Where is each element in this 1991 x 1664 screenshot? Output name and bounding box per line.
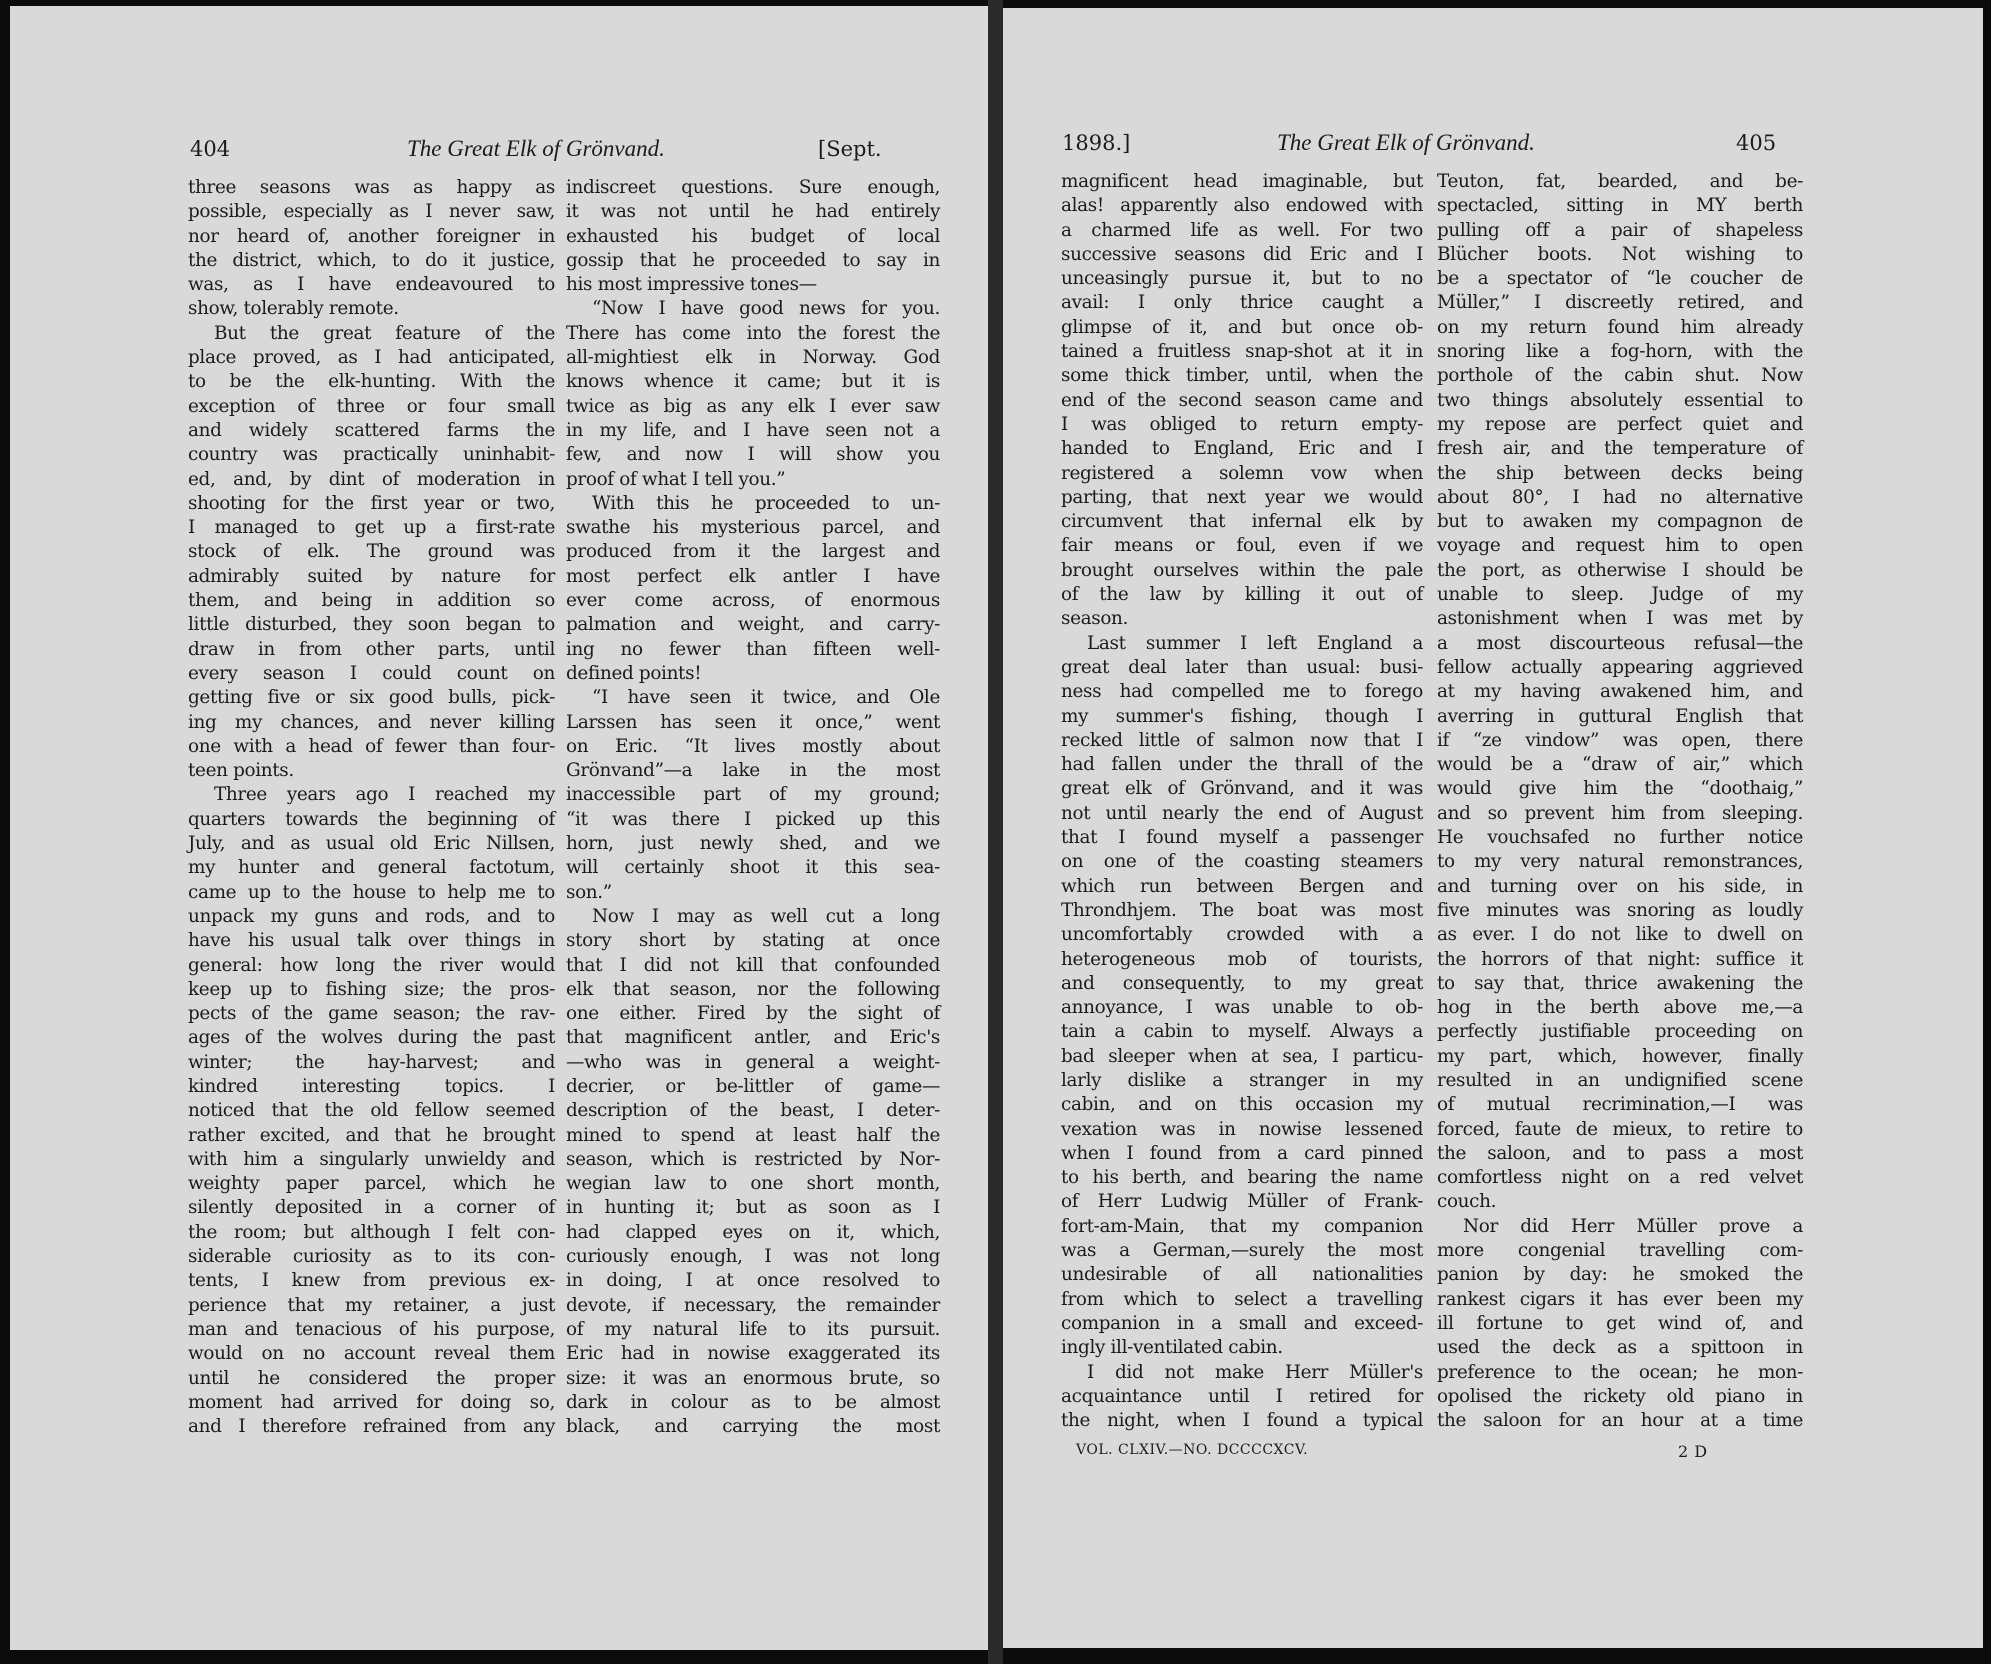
text-line: two things absolutely essential to [1437,389,1803,413]
text-line: my part, which, however, finally [1437,1045,1803,1069]
text-line: heterogeneous mob of tourists, [1061,948,1423,972]
text-line: indiscreet questions. Sure enough, [566,176,940,200]
text-line: all-mightiest elk in Norway. God [566,346,940,370]
text-line: on Eric. “It lives mostly about [566,735,940,759]
text-line: forced, faute de mieux, to retire to [1437,1118,1803,1142]
text-line: in hunting it; but as soon as I [566,1196,940,1220]
text-line: Now I may as well cut a long [566,905,940,929]
text-line: I was obliged to return empty- [1061,413,1423,437]
text-line: knows whence it came; but it is [566,370,940,394]
right-column-1: magnificent head imaginable, butalas! ap… [1061,170,1423,1433]
text-line: great elk of Grönvand, and it was [1061,777,1423,801]
text-line: voyage and request him to open [1437,534,1803,558]
signature-mark: 2 D [1678,1442,1708,1461]
text-line: ever come across, of enormous [566,589,940,613]
text-line: was, as I have endeavoured to [188,273,555,297]
text-line: exception of three or four small [188,395,555,419]
text-line: astonishment when I was met by [1437,607,1803,631]
text-line: fellow actually appearing aggrieved [1437,656,1803,680]
text-line: end of the second season came and [1061,389,1423,413]
text-line: shooting for the first year or two, [188,492,555,516]
text-line: had fallen under the thrall of the [1061,753,1423,777]
text-line: July, and as usual old Eric Nillsen, [188,832,555,856]
text-line: that magnificent antler, and Eric's [566,1026,940,1050]
date-mark-left: [Sept. [818,132,882,166]
text-line: to my very natural remonstrances, [1437,850,1803,874]
text-line: fort-am-Main, that my companion [1061,1215,1423,1239]
text-line: my summer's fishing, though I [1061,705,1423,729]
text-line: little disturbed, they soon began to [188,613,555,637]
text-line: perience that my retainer, a just [188,1294,555,1318]
text-line: opolised the rickety old piano in [1437,1385,1803,1409]
text-line: draw in from other parts, until [188,638,555,662]
text-line: the room; but although I felt con- [188,1221,555,1245]
text-line: panion by day: he smoked the [1437,1263,1803,1287]
text-line: from which to select a travelling [1061,1288,1423,1312]
text-line: winter; the hay-harvest; and [188,1051,555,1075]
text-line: alas! apparently also endowed with [1061,194,1423,218]
text-line: my hunter and general factotum, [188,856,555,880]
text-line: Müller,” I discreetly retired, and [1437,291,1803,315]
text-line: snoring like a fog-horn, with the [1437,340,1803,364]
text-line: fair means or foul, even if we [1061,534,1423,558]
text-line: the saloon for an hour at a time [1437,1409,1803,1433]
page-number-left: 404 [190,132,230,166]
text-line: comfortless night on a red velvet [1437,1166,1803,1190]
text-line: Blücher boots. Not wishing to [1437,243,1803,267]
text-line: will certainly shoot it this sea- [566,856,940,880]
text-line: black, and carrying the most [566,1415,940,1439]
text-line: “I have seen it twice, and Ole [566,686,940,710]
text-line: Eric had in nowise exaggerated its [566,1342,940,1366]
text-line: country was practically uninhabit- [188,443,555,467]
right-running-head: 1898.] The Great Elk of Grönvand. 405 [1003,126,1983,160]
text-line: Larssen has seen it once,” went [566,711,940,735]
text-line: ing my chances, and never killing [188,711,555,735]
text-line: quarters towards the beginning of [188,808,555,832]
text-line: Throndhjem. The boat was most [1061,899,1423,923]
text-line: ed, and, by dint of moderation in [188,468,555,492]
text-line: successive seasons did Eric and I [1061,243,1423,267]
text-line: Last summer I left England a [1061,632,1423,656]
text-line: resulted in an undignified scene [1437,1069,1803,1093]
text-line: great deal later than usual: busi- [1061,656,1423,680]
text-line: one with a head of fewer than four- [188,735,555,759]
text-line: the saloon, and to pass a most [1437,1142,1803,1166]
text-line: of the law by killing it out of [1061,583,1423,607]
text-line: registered a solemn vow when [1061,462,1423,486]
text-line: bad sleeper when at sea, I particu- [1061,1045,1423,1069]
text-line: ill fortune to get wind of, and [1437,1312,1803,1336]
page-number-right: 405 [1736,126,1776,160]
text-line: it was not until he had entirely [566,200,940,224]
text-line: have his usual talk over things in [188,929,555,953]
text-line: vexation was in nowise lessened [1061,1118,1423,1142]
text-line: a charmed life as well. For two [1061,219,1423,243]
text-line: until he considered the proper [188,1367,555,1391]
text-line: getting five or six good bulls, pick- [188,686,555,710]
text-line: my repose are perfect quiet and [1437,413,1803,437]
text-line: nor heard of, another foreigner in [188,225,555,249]
text-line: story short by stating at once [566,929,940,953]
text-line: fresh air, and the temperature of [1437,437,1803,461]
text-line: would give him the “doothaig,” [1437,777,1803,801]
text-line: Three years ago I reached my [188,783,555,807]
text-line: of my natural life to its pursuit. [566,1318,940,1342]
text-line: palmation and weight, and carry- [566,613,940,637]
text-line: season, which is restricted by Nor- [566,1148,940,1172]
text-line: moment had arrived for doing so, [188,1391,555,1415]
text-line: to say that, thrice awakening the [1437,972,1803,996]
text-line: companion in a small and exceed- [1061,1312,1423,1336]
text-line: cabin, and on this occasion my [1061,1093,1423,1117]
running-title-right: The Great Elk of Grönvand. [1277,126,1535,160]
text-line: would be a “draw of air,” which [1437,753,1803,777]
text-line: silently deposited in a corner of [188,1196,555,1220]
text-line: and I therefore refrained from any [188,1415,555,1439]
text-line: more congenial travelling com- [1437,1239,1803,1263]
text-line: larly dislike a stranger in my [1061,1069,1423,1093]
text-line: curiously enough, I was not long [566,1245,940,1269]
text-line: was a German,—surely the most [1061,1239,1423,1263]
text-line: annoyance, I was unable to ob- [1061,996,1423,1020]
text-line: with him a singularly unwieldy and [188,1148,555,1172]
text-line: porthole of the cabin shut. Now [1437,364,1803,388]
text-line: With this he proceeded to un- [566,492,940,516]
text-line: admirably suited by nature for [188,565,555,589]
text-line: every season I could count on [188,662,555,686]
text-line: horn, just newly shed, and we [566,832,940,856]
text-line: about 80°, I had no alternative [1437,486,1803,510]
text-line: “it was there I picked up this [566,808,940,832]
text-line: his most impressive tones— [566,273,940,297]
right-page: 1898.] The Great Elk of Grönvand. 405 ma… [1003,8,1983,1648]
text-line: rankest cigars it has ever been my [1437,1288,1803,1312]
text-line: on my return found him already [1437,316,1803,340]
text-line: them, and being in addition so [188,589,555,613]
text-line: mined to spend at least half the [566,1124,940,1148]
text-line: unceasingly pursue it, but to no [1061,267,1423,291]
text-line: size: it was an enormous brute, so [566,1367,940,1391]
text-line: that I found myself a passenger [1061,826,1423,850]
text-line: wegian law to one short month, [566,1172,940,1196]
text-line: season. [1061,607,1423,631]
text-line: exhausted his budget of local [566,225,940,249]
text-line: But the great feature of the [188,322,555,346]
text-line: “Now I have good news for you. [566,297,940,321]
text-line: couch. [1437,1190,1803,1214]
text-line: that I did not kill that confounded [566,954,940,978]
book-gutter [988,0,1003,1664]
text-line: five minutes was snoring as loudly [1437,899,1803,923]
text-line: of mutual recrimination,—I was [1437,1093,1803,1117]
text-line: weighty paper parcel, which he [188,1172,555,1196]
text-line: undesirable of all nationalities [1061,1263,1423,1287]
text-line: description of the beast, I deter- [566,1099,940,1123]
text-line: parting, that next year we would [1061,486,1423,510]
text-line: inaccessible part of my ground; [566,783,940,807]
text-line: pulling off a pair of shapeless [1437,219,1803,243]
running-title-left: The Great Elk of Grönvand. [407,132,665,166]
text-line: in doing, I at once resolved to [566,1269,940,1293]
text-line: kindred interesting topics. I [188,1075,555,1099]
text-line: tained a fruitless snap-shot at it in [1061,340,1423,364]
text-line: spectacled, sitting in MY berth [1437,194,1803,218]
text-line: ness had compelled me to forego [1061,680,1423,704]
text-line: three seasons was as happy as [188,176,555,200]
text-line: be a spectator of “le coucher de [1437,267,1803,291]
text-line: perfectly justifiable proceeding on [1437,1020,1803,1044]
text-line: —who was in general a weight- [566,1051,940,1075]
text-line: keep up to fishing size; the pros- [188,978,555,1002]
text-line: at my having awakened him, and [1437,680,1803,704]
text-line: Teuton, fat, bearded, and be- [1437,170,1803,194]
text-line: magnificent head imaginable, but [1061,170,1423,194]
text-line: to be the elk-hunting. With the [188,370,555,394]
text-line: when I found from a card pinned [1061,1142,1423,1166]
text-line: noticed that the old fellow seemed [188,1099,555,1123]
text-line: rather excited, and that he brought [188,1124,555,1148]
text-line: and turning over on his side, in [1437,875,1803,899]
text-line: proof of what I tell you.” [566,468,940,492]
text-line: some thick timber, until, when the [1061,364,1423,388]
text-line: glimpse of it, and but once ob- [1061,316,1423,340]
text-line: avail: I only thrice caught a [1061,291,1423,315]
text-line: a most discourteous refusal—the [1437,632,1803,656]
text-line: the ship between decks being [1437,462,1803,486]
text-line: but to awaken my compagnon de [1437,510,1803,534]
text-line: hog in the berth above me,—a [1437,996,1803,1020]
text-line: uncomfortably crowded with a [1061,923,1423,947]
text-line: ages of the wolves during the past [188,1026,555,1050]
text-line: teen points. [188,759,555,783]
text-line: twice as big as any elk I ever saw [566,395,940,419]
text-line: few, and now I will show you [566,443,940,467]
text-line: if “ze vindow” was open, there [1437,729,1803,753]
text-line: the port, as otherwise I should be [1437,559,1803,583]
text-line: devote, if necessary, the remainder [566,1294,940,1318]
text-line: handed to England, Eric and I [1061,437,1423,461]
text-line: would on no account reveal them [188,1342,555,1366]
text-line: general: how long the river would [188,954,555,978]
text-line: show, tolerably remote. [188,297,555,321]
text-line: siderable curiosity as to its con- [188,1245,555,1269]
text-line: elk that season, nor the following [566,978,940,1002]
text-line: stock of elk. The ground was [188,540,555,564]
right-column-2: Teuton, fat, bearded, and be-spectacled,… [1437,170,1803,1433]
text-line: tain a cabin to myself. Always a [1061,1020,1423,1044]
volume-footer: VOL. CLXIV.—NO. DCCCCXCV. [1076,1442,1308,1458]
text-line: preference to the ocean; he mon- [1437,1361,1803,1385]
text-line: produced from it the largest and [566,540,940,564]
text-line: had clapped eyes on it, which, [566,1221,940,1245]
left-column-1: three seasons was as happy aspossible, e… [188,176,555,1439]
text-line: swathe his mysterious parcel, and [566,516,940,540]
text-line: ing no fewer than fifteen well- [566,638,940,662]
text-line: He vouchsafed no further notice [1437,826,1803,850]
text-line: not until nearly the end of August [1061,802,1423,826]
text-line: Nor did Herr Müller prove a [1437,1215,1803,1239]
text-line: man and tenacious of his purpose, [188,1318,555,1342]
text-line: unable to sleep. Judge of my [1437,583,1803,607]
text-line: and widely scattered farms the [188,419,555,443]
left-column-2: indiscreet questions. Sure enough,it was… [566,176,940,1439]
text-line: decrier, or be-littler of game— [566,1075,940,1099]
text-line: tents, I knew from previous ex- [188,1269,555,1293]
text-line: acquaintance until I retired for [1061,1385,1423,1409]
text-line: ingly ill-ventilated cabin. [1061,1336,1423,1360]
text-line: brought ourselves within the pale [1061,559,1423,583]
text-line: place proved, as I had anticipated, [188,346,555,370]
text-line: came up to the house to help me to [188,881,555,905]
text-line: unpack my guns and rods, and to [188,905,555,929]
text-line: most perfect elk antler I have [566,565,940,589]
text-line: and so prevent him from sleeping. [1437,802,1803,826]
text-line: recked little of salmon now that I [1061,729,1423,753]
text-line: on one of the coasting steamers [1061,850,1423,874]
left-page: 404 The Great Elk of Grönvand. [Sept. th… [10,6,988,1650]
text-line: as ever. I do not like to dwell on [1437,923,1803,947]
text-line: I did not make Herr Müller's [1061,1361,1423,1385]
text-line: and consequently, to my great [1061,972,1423,996]
date-mark-right: 1898.] [1062,126,1130,160]
text-line: the night, when I found a typical [1061,1409,1423,1433]
text-line: in my life, and I have seen not a [566,419,940,443]
text-line: Grönvand”—a lake in the most [566,759,940,783]
text-line: possible, especially as I never saw, [188,200,555,224]
text-line: pects of the game season; the rav- [188,1002,555,1026]
text-line: to his berth, and bearing the name [1061,1166,1423,1190]
text-line: used the deck as a spittoon in [1437,1336,1803,1360]
text-line: the district, which, to do it justice, [188,249,555,273]
text-line: circumvent that infernal elk by [1061,510,1423,534]
text-line: of Herr Ludwig Müller of Frank- [1061,1190,1423,1214]
text-line: There has come into the forest the [566,322,940,346]
text-line: son.” [566,881,940,905]
text-line: the horrors of that night: suffice it [1437,948,1803,972]
text-line: gossip that he proceeded to say in [566,249,940,273]
text-line: defined points! [566,662,940,686]
text-line: I managed to get up a first-rate [188,516,555,540]
left-running-head: 404 The Great Elk of Grönvand. [Sept. [10,132,988,166]
text-line: dark in colour as to be almost [566,1391,940,1415]
text-line: averring in guttural English that [1437,705,1803,729]
text-line: which run between Bergen and [1061,875,1423,899]
text-line: one either. Fired by the sight of [566,1002,940,1026]
